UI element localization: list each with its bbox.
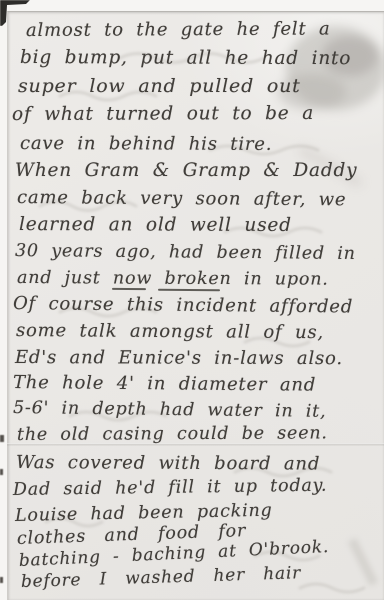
handwriting-line: 30 years ago, had been filled in [15,241,356,264]
handwriting-line: When Gram & Gramp & Daddy [15,160,357,181]
underline-mark-now [112,288,146,290]
handwriting-line: learned an old well used [19,214,292,236]
handwriting-line: big bump, put all he had into [20,47,351,69]
handwriting-line: of what turned out to be a [12,103,314,125]
handwriting-line: Was covered with board and [16,452,320,475]
edge-speck [0,577,3,583]
edge-speck [0,469,3,475]
handwriting-line: and just now broken in upon. [17,268,329,290]
handwriting-line: Ed's and Eunice's in-laws also. [15,347,343,369]
handwriting-line: some talk amongst all of us, [16,320,324,343]
handwriting-line: the old casing could be seen. [17,423,328,445]
handwriting-line: The hole 4' in diameter and [13,372,316,396]
handwriting-line: came back very soon after, we [17,187,347,210]
handwriting-line: 5-6' in depth had water in it, [13,398,327,422]
edge-speck [0,435,4,442]
handwriting-line: almost to the gate he felt a [26,18,331,41]
handwriting-line: cave in behind his tire. [20,133,272,155]
letter-scan: almost to the gate he felt a big bump, p… [0,0,384,600]
handwriting-line: Of course this incident afforded [13,293,353,318]
handwriting-line: super low and pulled out [18,75,301,97]
